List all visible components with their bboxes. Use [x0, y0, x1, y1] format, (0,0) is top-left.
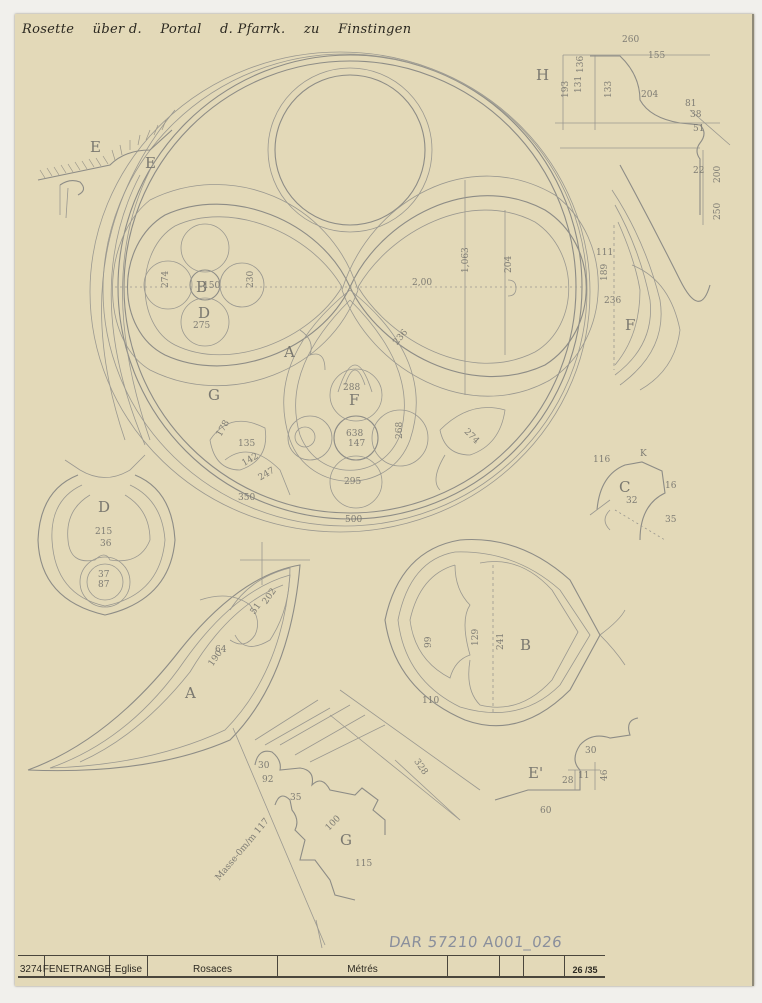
svg-text:155: 155	[648, 51, 665, 61]
svg-text:241: 241	[496, 633, 506, 650]
svg-text:36: 36	[100, 539, 112, 549]
svg-text:51: 51	[693, 124, 704, 134]
svg-text:189: 189	[600, 264, 610, 281]
detail-H: H 260 155 136 193 131 133 204 81 38 51 2…	[536, 35, 730, 225]
svg-text:A: A	[283, 343, 295, 361]
svg-text:35: 35	[290, 793, 302, 803]
svg-text:32: 32	[626, 496, 637, 506]
archive-label-strip: 3274 FENETRANGE Eglise Rosaces Métrés 26…	[18, 955, 605, 978]
svg-text:E': E'	[528, 764, 543, 782]
svg-text:46: 46	[600, 769, 610, 781]
svg-text:260: 260	[622, 35, 639, 45]
detail-F: F 111 189 236	[596, 165, 710, 390]
svg-text:H: H	[536, 66, 549, 84]
svg-text:215: 215	[95, 527, 112, 537]
svg-text:147: 147	[348, 439, 365, 449]
svg-text:274: 274	[462, 427, 481, 446]
svg-text:51: 51	[249, 601, 264, 616]
svg-text:350: 350	[238, 493, 255, 503]
svg-text:30: 30	[258, 761, 270, 771]
label-cell-type: Métrés	[278, 956, 448, 976]
svg-text:129: 129	[471, 629, 481, 646]
detail-D: D 215 36 37 87	[38, 455, 175, 615]
svg-text:230: 230	[246, 271, 256, 288]
svg-text:275: 275	[193, 321, 210, 331]
svg-text:11: 11	[578, 771, 589, 781]
svg-text:F: F	[349, 391, 359, 409]
svg-text:35: 35	[665, 515, 677, 525]
label-cell-building: Eglise	[110, 956, 148, 976]
svg-text:135: 135	[238, 439, 255, 449]
svg-text:131: 131	[574, 76, 584, 93]
svg-text:133: 133	[604, 81, 614, 98]
label-cell-subject: Rosaces	[148, 956, 278, 976]
svg-text:D: D	[198, 304, 210, 322]
svg-text:C: C	[619, 478, 630, 496]
label-cell-number: 3274	[18, 956, 45, 976]
svg-text:111: 111	[596, 248, 613, 258]
svg-text:99: 99	[424, 636, 434, 648]
main-rosette: E E B D A F G 2,00 1,063 204 236 274 230…	[38, 52, 598, 532]
svg-text:G: G	[340, 831, 352, 849]
svg-text:E: E	[145, 154, 156, 172]
svg-text:204: 204	[641, 90, 658, 100]
svg-text:2,00: 2,00	[412, 278, 432, 288]
label-cell-page: 26 /35	[565, 956, 605, 976]
svg-text:B: B	[520, 636, 531, 654]
label-cell-empty	[448, 956, 500, 976]
detail-E-prime: E' 30 28 11 46 60	[495, 718, 638, 816]
svg-text:136: 136	[576, 56, 586, 73]
svg-text:178: 178	[215, 418, 232, 438]
detail-C: C 116 K 16 32 35	[590, 449, 677, 540]
label-cell-location: FENETRANGE	[45, 956, 110, 976]
svg-text:1,063: 1,063	[461, 247, 471, 273]
svg-text:37: 37	[98, 570, 110, 580]
svg-text:A: A	[184, 684, 196, 702]
label-cell-empty	[524, 956, 565, 976]
label-E: E	[90, 138, 101, 156]
svg-text:115: 115	[355, 859, 372, 869]
svg-text:202: 202	[261, 587, 279, 607]
svg-text:200: 200	[713, 166, 723, 183]
label-cell-empty	[500, 956, 524, 976]
svg-text:30: 30	[585, 746, 597, 756]
detail-B: B 99 129 241 110	[385, 540, 625, 726]
svg-text:G: G	[208, 386, 220, 404]
svg-text:288: 288	[343, 383, 360, 393]
svg-text:193: 193	[561, 81, 571, 98]
svg-text:D: D	[98, 498, 110, 516]
svg-text:204: 204	[504, 256, 514, 273]
rosette-drawing: E E B D A F G 2,00 1,063 204 236 274 230…	[0, 0, 762, 1003]
svg-text:268: 268	[395, 422, 405, 439]
detail-G: G 30 92 35 100 115 328 Masse-0m/m 117	[214, 690, 480, 945]
svg-text:638: 638	[346, 429, 363, 439]
svg-text:38: 38	[690, 110, 702, 120]
svg-text:236: 236	[604, 296, 621, 306]
svg-text:22: 22	[693, 166, 704, 176]
svg-text:92: 92	[262, 775, 273, 785]
svg-text:150: 150	[203, 281, 220, 291]
svg-text:295: 295	[344, 477, 361, 487]
svg-text:247: 247	[257, 466, 277, 483]
svg-text:60: 60	[540, 806, 552, 816]
svg-text:Masse-0m/m 117: Masse-0m/m 117	[214, 816, 272, 882]
svg-text:328: 328	[411, 757, 429, 777]
svg-text:274: 274	[161, 271, 171, 288]
svg-text:250: 250	[713, 203, 723, 220]
svg-text:110: 110	[422, 696, 439, 706]
svg-text:28: 28	[562, 776, 574, 786]
svg-text:116: 116	[593, 455, 610, 465]
svg-text:16: 16	[665, 481, 677, 491]
svg-text:500: 500	[345, 515, 362, 525]
detail-A: A 202 51 64 190	[28, 542, 310, 771]
svg-text:87: 87	[98, 580, 110, 590]
svg-text:F: F	[625, 316, 635, 334]
svg-text:K: K	[640, 449, 647, 459]
svg-text:81: 81	[685, 99, 696, 109]
archive-reference: DAR 57210 A001_026	[388, 933, 563, 951]
